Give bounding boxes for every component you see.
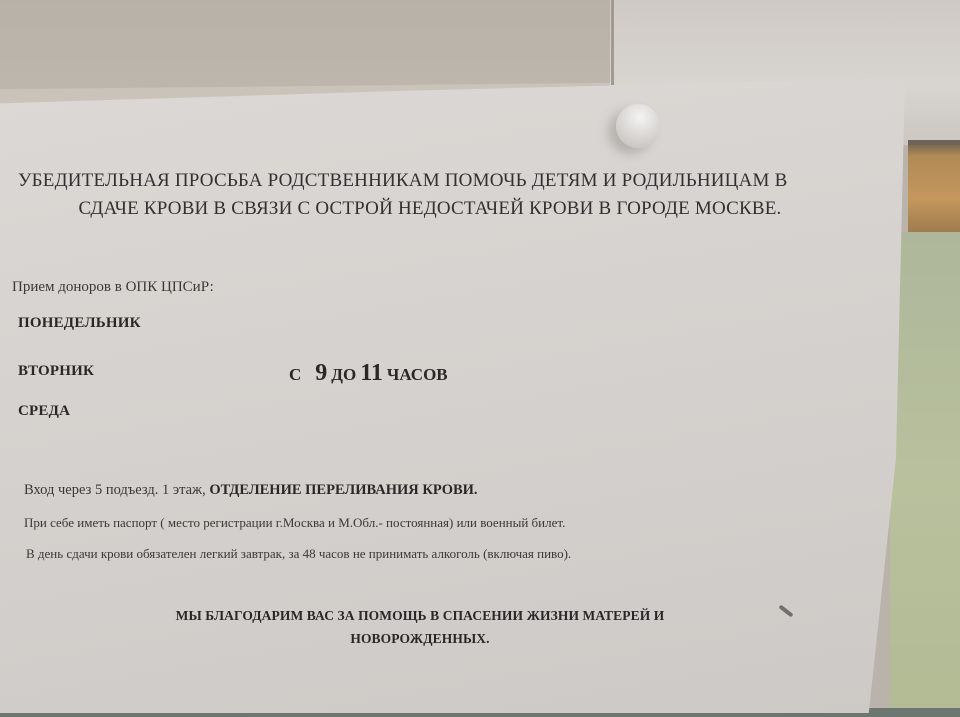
wood-frame — [908, 145, 960, 235]
reception-hours: С 9 ДО 11 ЧАСОВ — [289, 360, 448, 387]
hours-to-word: ДО — [331, 365, 356, 384]
day-wednesday: СРЕДА — [18, 403, 70, 420]
donor-reception-subhead: Прием доноров в ОПК ЦПСиР: — [12, 279, 214, 296]
day-monday: ПОНЕДЕЛЬНИК — [18, 315, 141, 332]
hours-from: 9 — [315, 360, 327, 386]
green-wall — [890, 232, 960, 717]
hours-from-word: С — [289, 365, 301, 384]
entrance-prefix: Вход через 5 подъезд. 1 этаж, — [24, 482, 209, 498]
thanks-line-2: НОВОРОЖДЕННЫХ. — [60, 631, 780, 647]
headline-line-2: СДАЧЕ КРОВИ В СВЯЗИ С ОСТРОЙ НЕДОСТАЧЕЙ … — [40, 198, 820, 220]
headline-line-1: УБЕДИТЕЛЬНАЯ ПРОСЬБА РОДСТВЕННИКАМ ПОМОЧ… — [18, 170, 848, 192]
department-name: ОТДЕЛЕНИЕ ПЕРЕЛИВАНИЯ КРОВИ. — [209, 482, 477, 498]
panel-divider — [611, 0, 614, 85]
entrance-info: Вход через 5 подъезд. 1 этаж, ОТДЕЛЕНИЕ … — [24, 482, 478, 499]
documents-info: При себе иметь паспорт ( место регистрац… — [24, 515, 565, 531]
push-pin-icon — [616, 104, 660, 148]
day-tuesday: ВТОРНИК — [18, 363, 94, 380]
hours-unit: ЧАСОВ — [387, 365, 448, 384]
hours-to: 11 — [360, 360, 383, 386]
requirements-info: В день сдачи крови обязателен легкий зав… — [26, 546, 571, 562]
thanks-line-1: МЫ БЛАГОДАРИМ ВАС ЗА ПОМОЩЬ В СПАСЕНИИ Ж… — [60, 608, 780, 624]
